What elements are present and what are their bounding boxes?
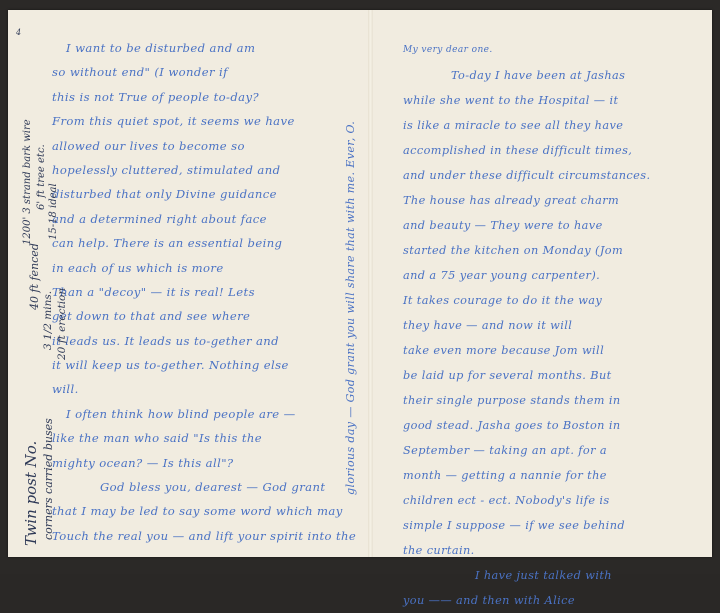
margin-note: 1200' 3 strand bark wire [22, 119, 33, 245]
scanned-letter: 4 I want to be disturbed and am so witho… [0, 0, 720, 574]
text-line: good stead. Jasha goes to Boston in [403, 413, 703, 438]
text-line: and under these difficult circumstances. [403, 163, 703, 188]
text-line: It takes courage to do it the way [403, 288, 703, 313]
text-line: simple I suppose — if we see behind [403, 513, 703, 538]
text-line: hopelessly cluttered, stimulated and [52, 158, 342, 182]
right-page-body: My very dear one. To-day I have been at … [403, 38, 703, 574]
left-page: 4 I want to be disturbed and am so witho… [8, 10, 368, 557]
text-line: children ect - ect. Nobody's life is [403, 488, 703, 513]
text-line: is like a miracle to see all they have [403, 113, 703, 138]
left-page-body: I want to be disturbed and am so without… [52, 36, 342, 548]
text-line: September — taking an apt. for a [403, 438, 703, 463]
margin-note: Twin post No. [22, 441, 40, 546]
fold-margin-note: glorious day — God grant you will share … [344, 121, 357, 495]
text-line: Than a "decoy" — it is real! Lets [52, 280, 342, 304]
text-line: mighty ocean? — Is this all"? [52, 451, 342, 475]
text-line: they have — and now it will [403, 313, 703, 338]
margin-note: 20 ft erection [56, 288, 68, 360]
text-line: take even more because Jom will [403, 338, 703, 363]
text-line: From this quiet spot, it seems we have [52, 109, 342, 133]
text-line: month — getting a nannie for the [403, 463, 703, 488]
text-line: get down to that and see where [52, 304, 342, 328]
text-line: I want to be disturbed and am [52, 36, 342, 60]
text-line: while she went to the Hospital — it [403, 88, 703, 113]
text-line: disturbed that only Divine guidance [52, 182, 342, 206]
text-line: this is not True of people to-day? [52, 85, 342, 109]
text-line: that I may be led to say some word which… [52, 499, 342, 523]
text-line: God bless you, dearest — God grant [52, 475, 342, 499]
text-line: I have just talked with [403, 563, 703, 574]
text-line: can help. There is an essential being [52, 231, 342, 255]
text-line: will. [52, 377, 342, 401]
text-line: be laid up for several months. But [403, 363, 703, 388]
text-line: their single purpose stands them in [403, 388, 703, 413]
text-line: started the kitchen on Monday (Jom [403, 238, 703, 263]
text-line: I often think how blind people are — [52, 402, 342, 426]
text-line: the curtain. [403, 538, 703, 563]
margin-note: 15-18 ideal [48, 183, 59, 240]
text-line: in each of us which is more [52, 256, 342, 280]
page-number: 4 [16, 28, 21, 37]
text-line: To-day I have been at Jashas [403, 63, 703, 88]
margin-note: 6' ft tree etc. [36, 144, 47, 210]
text-line: and a 75 year young carpenter). [403, 263, 703, 288]
text-line: allowed our lives to become so [52, 134, 342, 158]
text-line: so without end" (I wonder if [52, 60, 342, 84]
margin-note: 3 1/2 mins. [42, 291, 54, 350]
letter-sheet: 4 I want to be disturbed and am so witho… [8, 10, 712, 557]
text-line: like the man who said "Is this the [52, 426, 342, 450]
text-line: and beauty — They were to have [403, 213, 703, 238]
text-line: and a determined right about face [52, 207, 342, 231]
margin-note: 40 ft fenced [28, 243, 41, 310]
text-line: Touch the real you — and lift your spiri… [52, 524, 342, 548]
text-line: it will keep us to-gether. Nothing else [52, 353, 342, 377]
right-page: My very dear one. To-day I have been at … [373, 10, 712, 557]
text-line: accomplished in these difficult times, [403, 138, 703, 163]
margin-note: corners carried buses [42, 418, 55, 540]
text-line: it leads us. It leads us to-gether and [52, 329, 342, 353]
text-line: The house has already great charm [403, 188, 703, 213]
salutation: My very dear one. [403, 38, 703, 63]
